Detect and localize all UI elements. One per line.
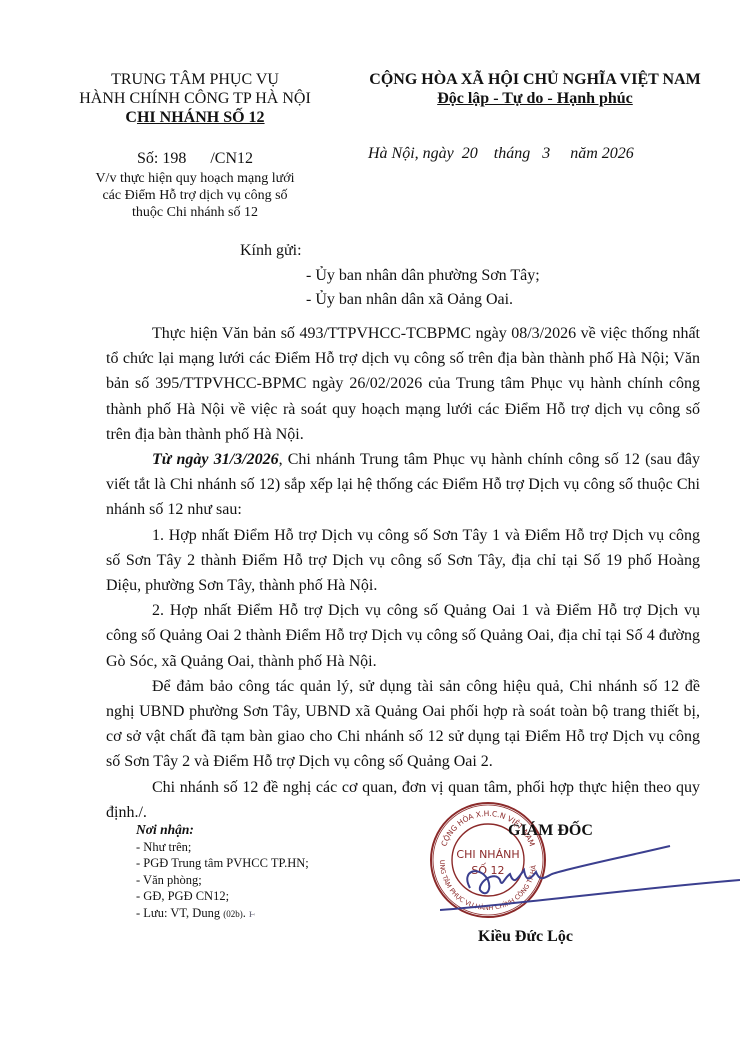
issuer-line-1: TRUNG TÂM PHỤC VỤ xyxy=(60,70,330,89)
handwritten-initial-icon: ⱶ xyxy=(249,906,255,920)
recipient-2: - Ủy ban nhân dân xã Oảng Oai. xyxy=(306,291,513,309)
national-header: CỘNG HÒA XÃ HỘI CHỦ NGHĨA VIỆT NAM Độc l… xyxy=(340,70,730,108)
handwritten-signature-icon xyxy=(440,840,740,920)
motto: Độc lập - Tự do - Hạnh phúc xyxy=(340,89,730,108)
paragraph-5: Để đảm bảo công tác quản lý, sử dụng tài… xyxy=(106,674,700,775)
greeting-label: Kính gửi: xyxy=(240,242,302,260)
document-number: Số: 198 /CN12 xyxy=(60,150,330,168)
document-subject: V/v thực hiện quy hoạch mạng lưới các Đi… xyxy=(60,170,330,221)
paragraph-3: 1. Hợp nhất Điểm Hỗ trợ Dịch vụ công số … xyxy=(106,523,700,599)
date-line: Hà Nội, ngày 20 tháng 3 năm 2026 xyxy=(368,145,634,163)
paragraph-2: Từ ngày 31/3/2026, Chi nhánh Trung tâm P… xyxy=(106,447,700,523)
issuer-line-2: HÀNH CHÍNH CÔNG TP HÀ NỘI xyxy=(60,89,330,108)
distribution-title: Nơi nhận: xyxy=(136,822,309,839)
nation-title: CỘNG HÒA XÃ HỘI CHỦ NGHĨA VIỆT NAM xyxy=(340,70,730,89)
signer-title: GIÁM ĐỐC xyxy=(508,822,593,840)
paragraph-1: Thực hiện Văn bản số 493/TTPVHCC-TCBPMC … xyxy=(106,321,700,447)
issuer-header: TRUNG TÂM PHỤC VỤ HÀNH CHÍNH CÔNG TP HÀ … xyxy=(60,70,330,127)
recipient-1: - Ủy ban nhân dân phường Sơn Tây; xyxy=(306,267,540,285)
document-body: Thực hiện Văn bản số 493/TTPVHCC-TCBPMC … xyxy=(106,321,700,825)
signer-name: Kiều Đức Lộc xyxy=(478,928,573,946)
distribution-list: Nơi nhận: - Như trên; - PGĐ Trung tâm PV… xyxy=(136,822,309,923)
paragraph-6: Chi nhánh số 12 đề nghị các cơ quan, đơn… xyxy=(106,775,700,825)
paragraph-4: 2. Hợp nhất Điểm Hỗ trợ Dịch vụ công số … xyxy=(106,598,700,674)
issuer-branch: CHI NHÁNH SỐ 12 xyxy=(60,108,330,127)
